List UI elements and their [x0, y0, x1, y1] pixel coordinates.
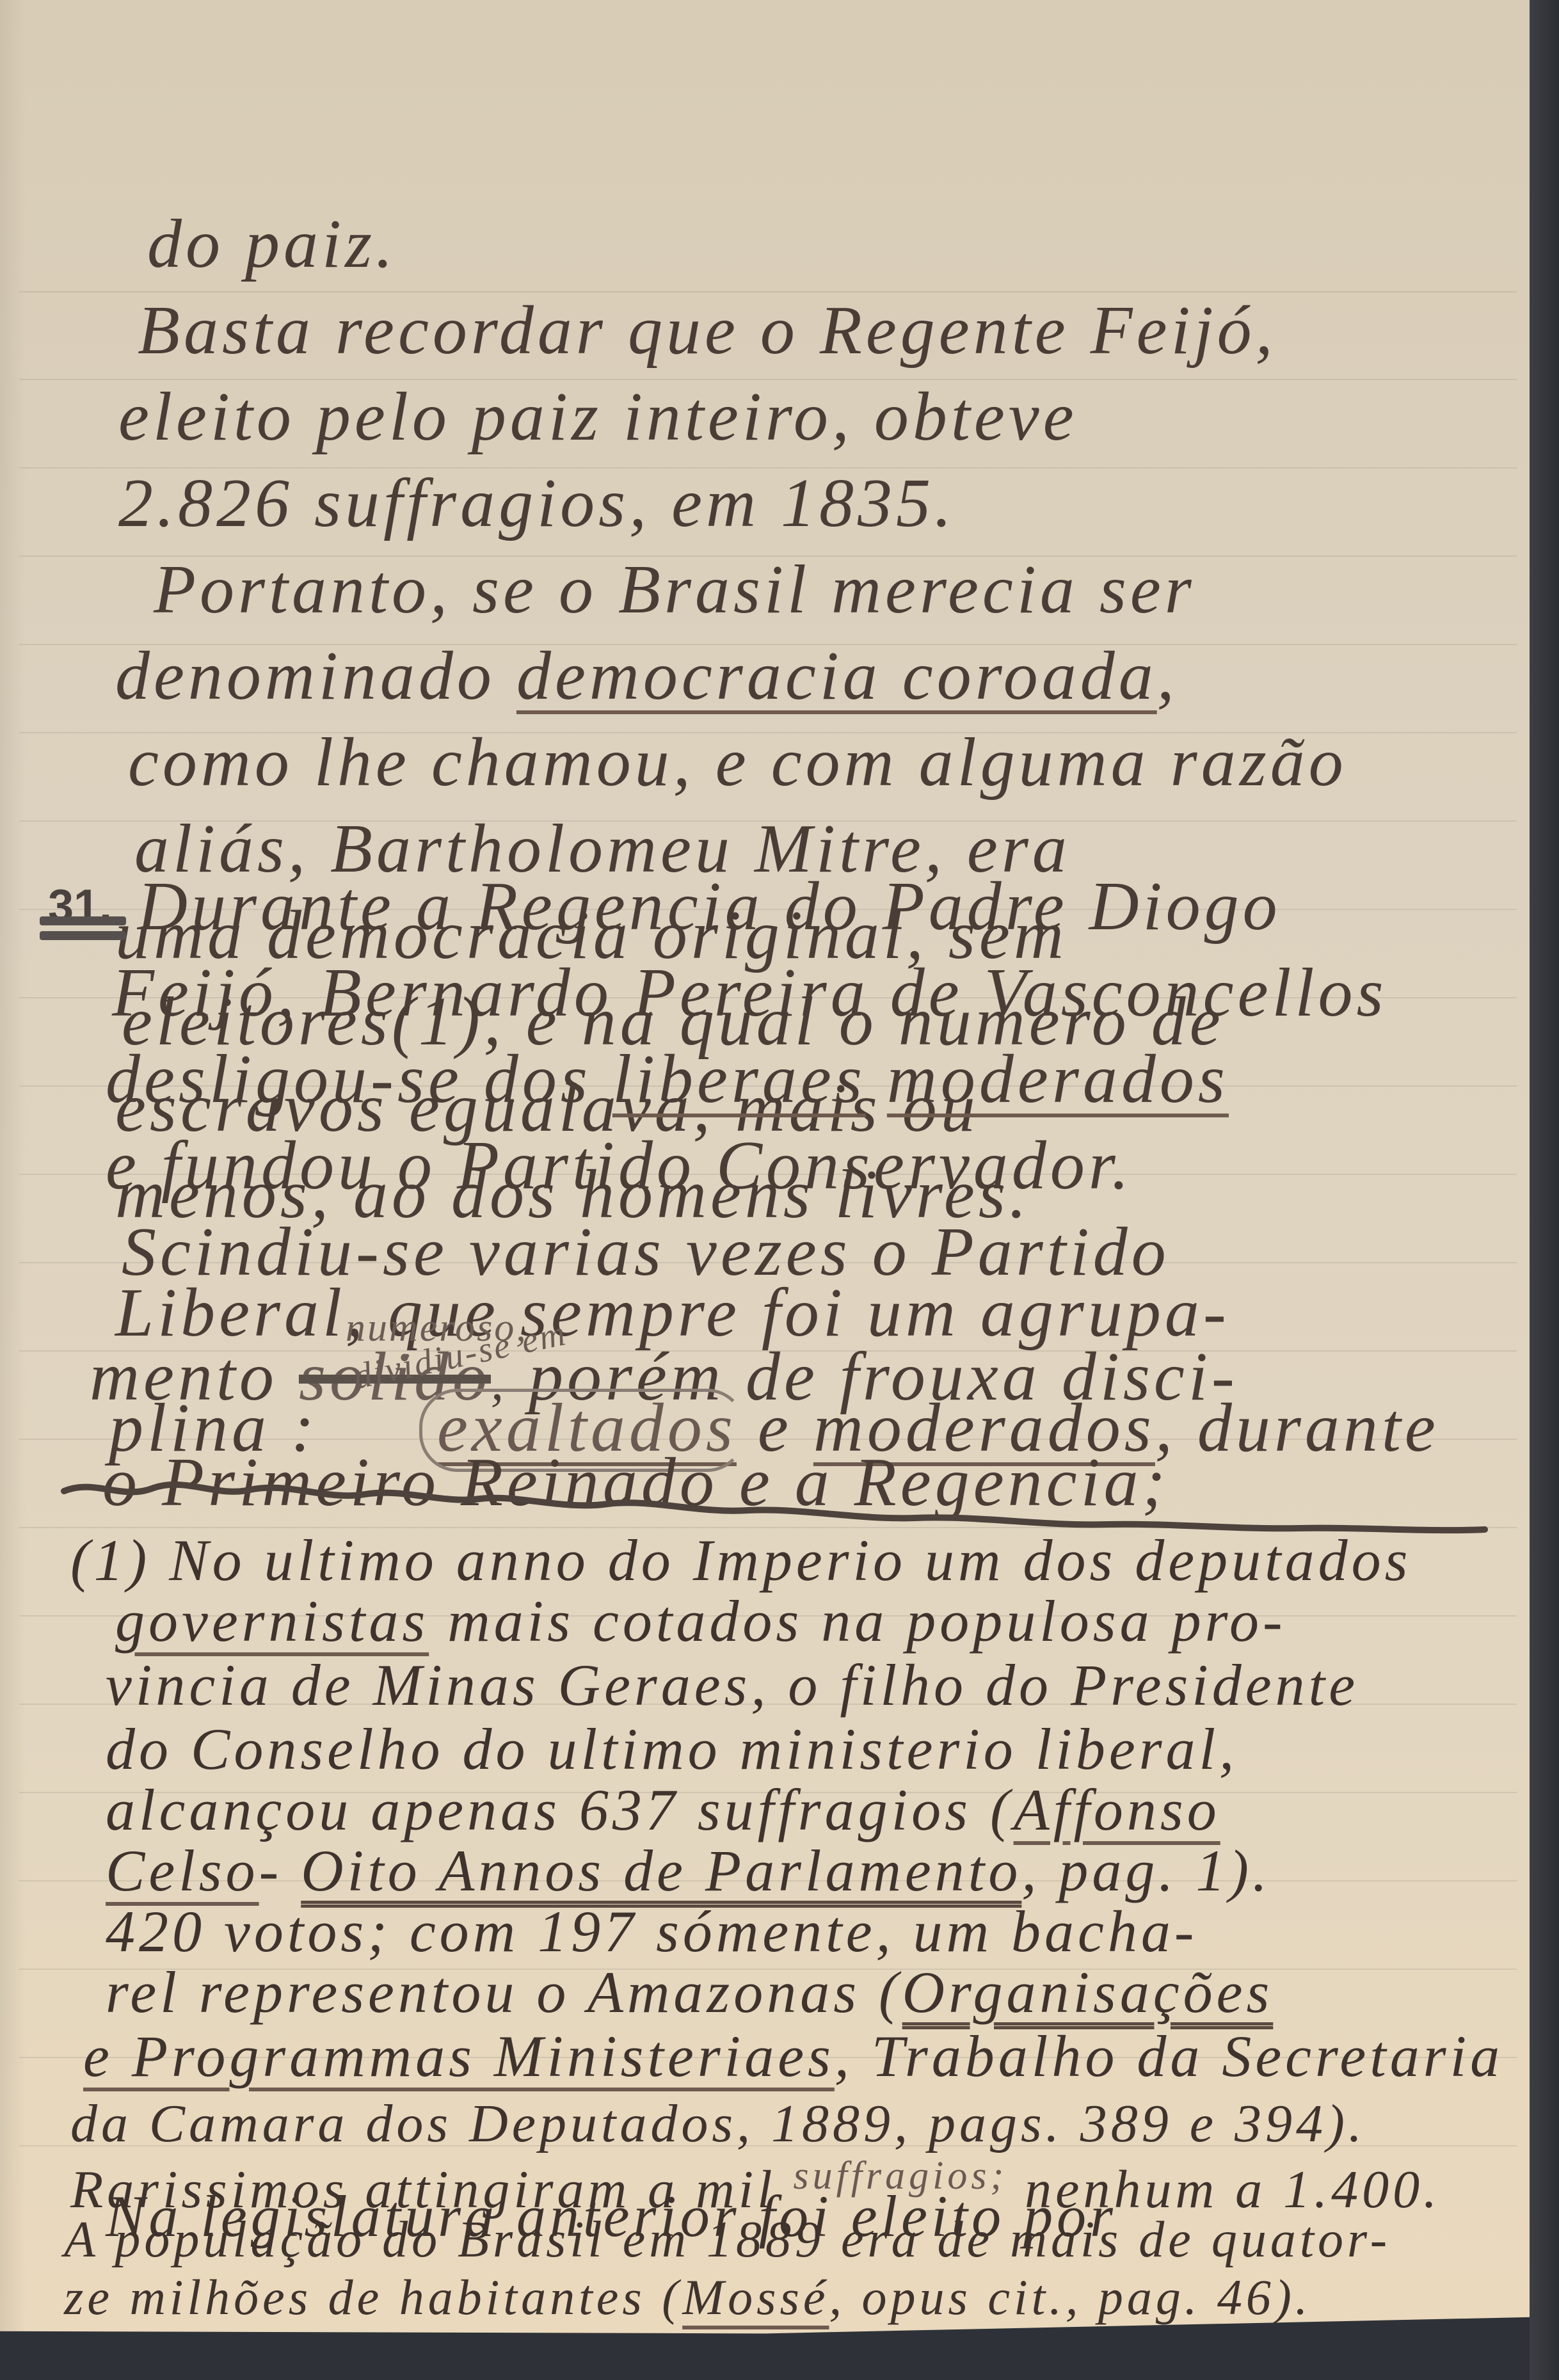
footnote-continued: 420 votos; com 197 sómente, um bacha- re…	[0, 0, 1531, 2336]
footnote-line: da Camara dos Deputados, 1889, pags. 389…	[70, 2093, 1366, 2155]
text-word: , opus cit., pag. 46).	[829, 2269, 1312, 2325]
citation-title: e Programmas Ministeriaes	[83, 2024, 835, 2089]
text-word: , Trabalho da Secretaria	[835, 2024, 1503, 2089]
footnote-line: A população do Brasil em 1889 era de mai…	[64, 2211, 1391, 2269]
footnote-line: e Programmas Ministeriaes, Trabalho da S…	[83, 2022, 1503, 2090]
footnote-line: ze milhões de habitantes (Mossé, opus ci…	[64, 2269, 1311, 2326]
footnote-line: 420 votos; com 197 sómente, um bacha-	[106, 1897, 1198, 1965]
footnote-line: rel representou o Amazonas (Organisações	[106, 1958, 1273, 2026]
text-word: ze milhões de habitantes (	[64, 2269, 682, 2325]
scanner-border	[1530, 0, 1559, 2380]
citation-author: Mossé	[682, 2269, 829, 2325]
citation-title: Organisações	[902, 1960, 1274, 2025]
interlinear-insertion: suffragios;	[793, 2154, 1007, 2198]
text-word: rel representou o Amazonas (	[106, 1960, 902, 2025]
